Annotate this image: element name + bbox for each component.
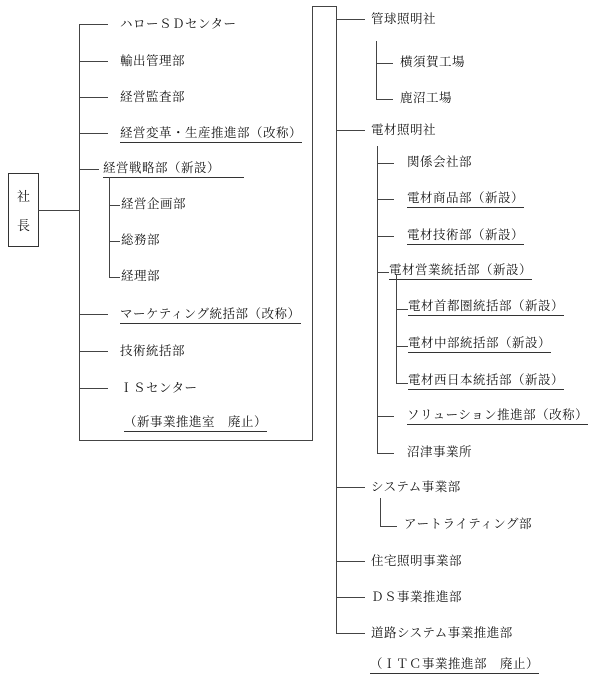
connector-line [79, 24, 108, 25]
org-unit: ＩＳセンター [120, 381, 198, 395]
org-unit: 経営企画部 [121, 197, 186, 211]
connector-line [79, 97, 108, 98]
org-unit: 経営戦略部（新設） [103, 161, 244, 178]
connector-line [376, 41, 377, 100]
connector-line [336, 561, 365, 562]
connector-line [109, 241, 120, 242]
org-unit: 経営変革・生産推進部（改称） [120, 126, 302, 143]
connector-line [396, 383, 408, 384]
connector-line [79, 440, 313, 441]
connector-line [377, 146, 378, 453]
org-unit: 電材技術部（新設） [407, 228, 524, 245]
connector-line [336, 597, 365, 598]
connector-line [79, 351, 108, 352]
connector-line [79, 133, 108, 134]
ceo-char-2: 長 [17, 215, 30, 234]
org-unit: ＤＳ事業推進部 [371, 590, 462, 604]
org-unit: 道路システム事業推進部 [371, 626, 513, 640]
org-unit: 電材照明社 [371, 123, 436, 137]
org-unit: アートライティング部 [404, 517, 532, 531]
connector-line [79, 24, 80, 440]
connector-line [336, 487, 365, 488]
connector-line [377, 236, 394, 237]
org-unit: マーケティング統括部（改称） [120, 307, 301, 324]
ceo-box: 社 長 [8, 173, 39, 247]
org-unit: 経営監査部 [120, 90, 185, 104]
org-unit: ハローＳＤセンター [120, 17, 237, 31]
org-unit: 経理部 [121, 269, 160, 283]
connector-line [109, 205, 120, 206]
org-unit: 電材商品部（新設） [407, 191, 524, 208]
connector-line [79, 314, 108, 315]
connector-line [377, 416, 394, 417]
connector-line [396, 346, 408, 347]
org-unit: 総務部 [121, 233, 160, 247]
connector-line [376, 63, 393, 64]
org-unit: 横須賀工場 [400, 55, 465, 69]
org-unit: 住宅照明事業部 [371, 554, 462, 568]
connector-line [109, 277, 120, 278]
connector-line [377, 199, 394, 200]
connector-line [396, 274, 397, 384]
connector-line [38, 210, 80, 211]
connector-line [380, 526, 397, 527]
connector-line [79, 169, 99, 170]
org-unit: 電材中部統括部（新設） [408, 336, 551, 353]
org-unit: ソリューション推進部（改称） [407, 408, 588, 425]
connector-line [336, 6, 337, 634]
connector-line [376, 99, 393, 100]
connector-line [377, 453, 394, 454]
connector-line [312, 6, 313, 440]
connector-line [312, 6, 336, 7]
org-unit: 電材西日本統括部（新設） [408, 373, 564, 390]
org-unit: 輸出管理部 [120, 54, 185, 68]
connector-line [79, 388, 108, 389]
org-unit: 関係会社部 [407, 155, 472, 169]
connector-line [79, 61, 108, 62]
connector-line [396, 309, 408, 310]
ceo-char-1: 社 [17, 186, 30, 205]
connector-line [336, 633, 365, 634]
org-unit: 電材営業統括部（新設） [389, 263, 532, 280]
connector-line [336, 130, 365, 131]
org-unit: 技術統括部 [120, 344, 185, 358]
connector-line [377, 163, 394, 164]
connector-line [109, 177, 110, 277]
org-unit: 管球照明社 [371, 12, 436, 26]
connector-line [377, 272, 389, 273]
org-unit: 鹿沼工場 [400, 91, 452, 105]
org-unit: 沼津事業所 [407, 445, 472, 459]
connector-line [380, 498, 381, 526]
org-unit: 電材首都圏統括部（新設） [408, 299, 564, 316]
abolished-unit: （ＩＴＣ事業推進部 廃止） [370, 657, 539, 674]
abolished-unit: （新事業推進室 廃止） [124, 415, 267, 432]
connector-line [336, 19, 365, 20]
org-unit: システム事業部 [371, 480, 461, 494]
